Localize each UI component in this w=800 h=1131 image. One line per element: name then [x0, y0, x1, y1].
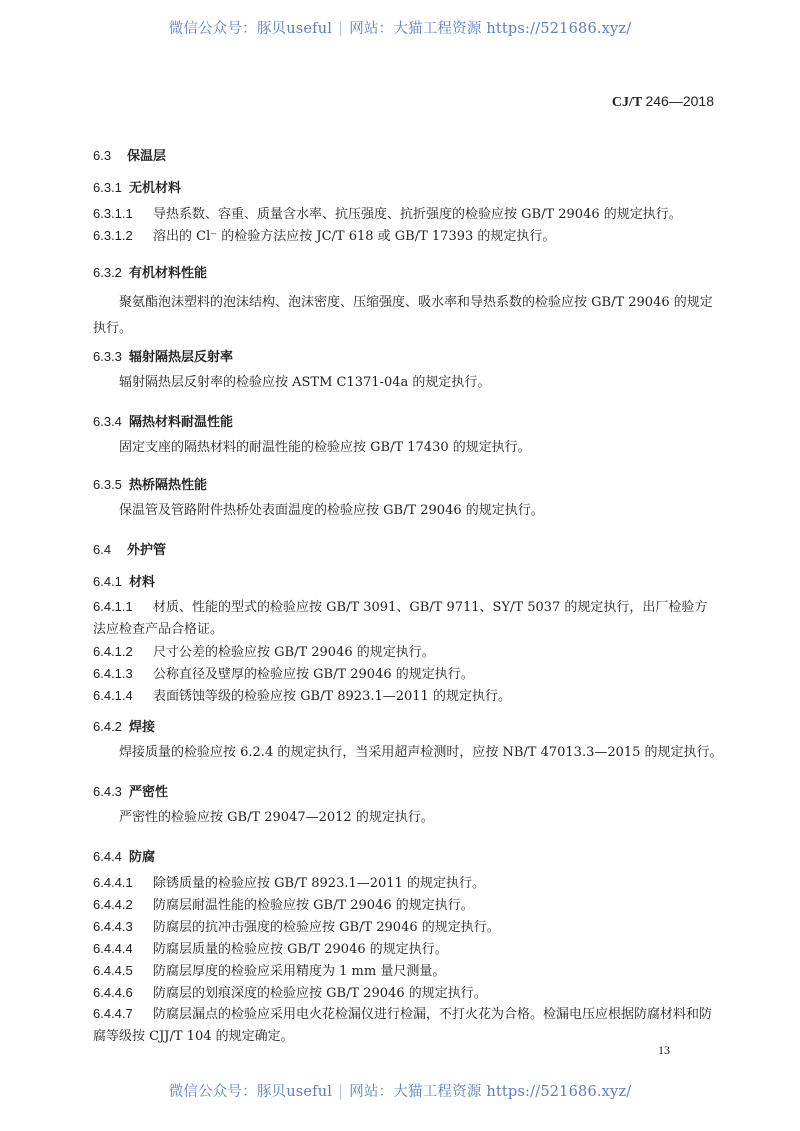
- paragraph-6-3-4: 固定支座的隔热材料的耐温性能的检验应按 GB/T 17430 的规定执行。: [119, 436, 531, 460]
- clause-6-4-1-1: 6.4.1.1材质、性能的型式的检验应按 GB/T 3091、GB/T 9711…: [93, 596, 718, 641]
- watermark-wechat: 微信公众号：豚贝useful: [169, 21, 333, 37]
- watermark-separator: |: [338, 1084, 343, 1100]
- heading-6-4-3: 6.4.3严密性: [93, 781, 168, 800]
- clause-6-4-4-7: 6.4.4.7防腐层漏点的检验应采用电火花检漏仪进行检漏，不打火花为合格。检漏电…: [93, 1003, 718, 1048]
- standard-number: CJ/T 246—2018: [612, 93, 714, 111]
- clause-6-4-1-4: 6.4.1.4表面锈蚀等级的检验应按 GB/T 8923.1—2011 的规定执…: [93, 684, 511, 709]
- heading-6-4: 6.4外护管: [93, 539, 166, 558]
- heading-6-3-1: 6.3.1无机材料: [93, 177, 181, 196]
- watermark-site: 网站：大猫工程资源 https://521686.xyz/: [349, 21, 631, 37]
- page-number: 13: [658, 1043, 670, 1058]
- paragraph-6-3-2: 聚氨酯泡沫塑料的泡沫结构、泡沫密度、压缩强度、吸水率和导热系数的检验应按 GB/…: [93, 290, 718, 342]
- heading-6-4-4: 6.4.4防腐: [93, 846, 155, 865]
- paragraph-6-3-5: 保温管及管路附件热桥处表面温度的检验应按 GB/T 29046 的规定执行。: [119, 499, 544, 523]
- paragraph-6-4-2: 焊接质量的检验应按 6.2.4 的规定执行，当采用超声检测时，应按 NB/T 4…: [119, 741, 723, 765]
- clause-6-3-1-2: 6.3.1.2溶出的 Cl⁻ 的检验方法应按 JC/T 618 或 GB/T 1…: [93, 224, 555, 249]
- heading-6-3-4: 6.3.4隔热材料耐温性能: [93, 411, 233, 430]
- watermark-bottom: 微信公众号：豚贝useful|网站：大猫工程资源 https://521686.…: [0, 1080, 800, 1101]
- paragraph-6-3-3: 辐射隔热层反射率的检验应按 ASTM C1371-04a 的规定执行。: [119, 371, 490, 395]
- watermark-separator: |: [338, 21, 343, 37]
- standard-year: 246—2018: [645, 93, 714, 109]
- heading-6-3-2: 6.3.2有机材料性能: [93, 262, 207, 281]
- heading-6-3-3: 6.3.3辐射隔热层反射率: [93, 346, 233, 365]
- watermark-wechat: 微信公众号：豚贝useful: [169, 1084, 333, 1100]
- watermark-site: 网站：大猫工程资源 https://521686.xyz/: [349, 1084, 631, 1100]
- watermark-top: 微信公众号：豚贝useful|网站：大猫工程资源 https://521686.…: [0, 17, 800, 38]
- heading-6-4-2: 6.4.2焊接: [93, 716, 155, 735]
- heading-6-3: 6.3保温层: [93, 145, 166, 164]
- standard-prefix: CJ/T: [612, 95, 642, 110]
- paragraph-6-4-3: 严密性的检验应按 GB/T 29047—2012 的规定执行。: [119, 806, 434, 830]
- heading-6-3-5: 6.3.5热桥隔热性能: [93, 474, 207, 493]
- heading-6-4-1: 6.4.1材料: [93, 571, 155, 590]
